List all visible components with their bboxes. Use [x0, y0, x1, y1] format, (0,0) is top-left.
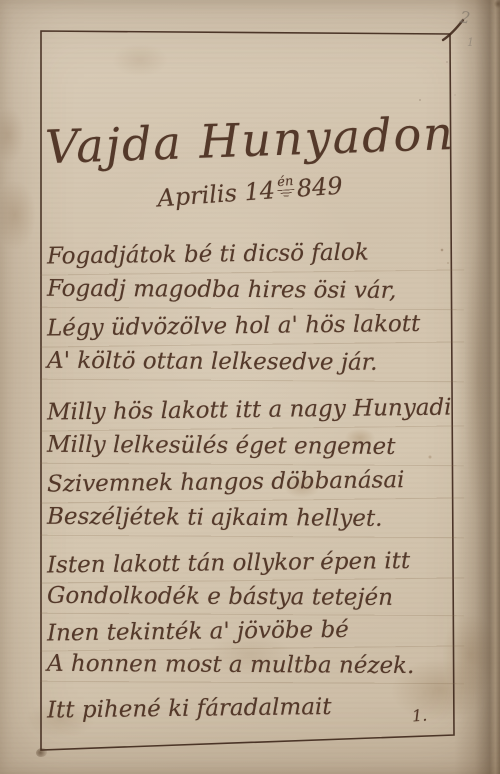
page-number: 1.: [411, 705, 428, 725]
poem-line: A honnen most a multba nézek.: [40, 648, 464, 685]
poem-line: Milly lelkesülés éget engemet: [40, 428, 464, 467]
poem-line: Milly hös lakott itt a nagy Hunyadi: [40, 390, 464, 431]
date-flourish-icon: [277, 189, 296, 199]
closing-line: Itt pihené ki fáradalmait: [40, 688, 464, 729]
closing-stanza: Itt pihené ki fáradalmait: [40, 691, 464, 727]
stanza-2: Milly hös lakott itt a nagy Hunyadi Mill…: [40, 393, 464, 537]
date-year: 849: [296, 172, 344, 203]
pencil-mark-small: 1: [467, 36, 474, 49]
stanza-3: Isten lakott tán ollykor épen itt Gondol…: [40, 547, 464, 683]
poem-line: Inen tekinték a' jövöbe bé: [40, 612, 464, 651]
stanza-1: Fogadjátok bé ti dicsö falok Fogadj mago…: [40, 237, 464, 381]
poem-line: Gondolkodék e bástya tetején: [40, 580, 464, 617]
date-superscript: én: [276, 175, 295, 189]
page-title: Vajda Hunyadon: [41, 91, 460, 189]
poem-line: Fogadjátok bé ti dicsö falok: [40, 234, 464, 275]
poem-line: Isten lakott tán ollykor épen itt: [40, 544, 464, 583]
poem-line: Szivemnek hangos döbbanásai: [40, 462, 464, 503]
poem-line: A' költö ottan lelkesedve jár.: [40, 344, 464, 383]
poem-line: Fogadj magodba hires ösi vár,: [40, 272, 464, 311]
poem-line: Beszéljétek ti ajkaim hellyet.: [40, 500, 464, 539]
poem-line: Légy üdvözölve hol a' hös lakott: [40, 306, 464, 347]
